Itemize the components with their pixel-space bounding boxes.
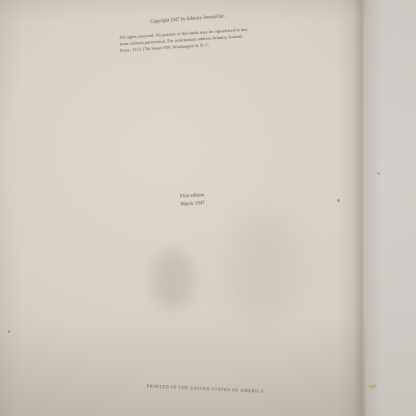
paper-speck: [337, 199, 340, 202]
paper-stain-blotch: [152, 250, 194, 308]
page-gutter-shadow: [338, 0, 366, 416]
paper-speck: [8, 330, 10, 333]
paper-stain-faint: [228, 210, 298, 320]
facing-page-edge: [366, 0, 416, 416]
book-photo: Copyright 1947 by Infantry Journal Inc. …: [0, 0, 416, 416]
edition-notice: First edition March 1947: [171, 191, 214, 209]
paper-speck: [377, 172, 380, 175]
